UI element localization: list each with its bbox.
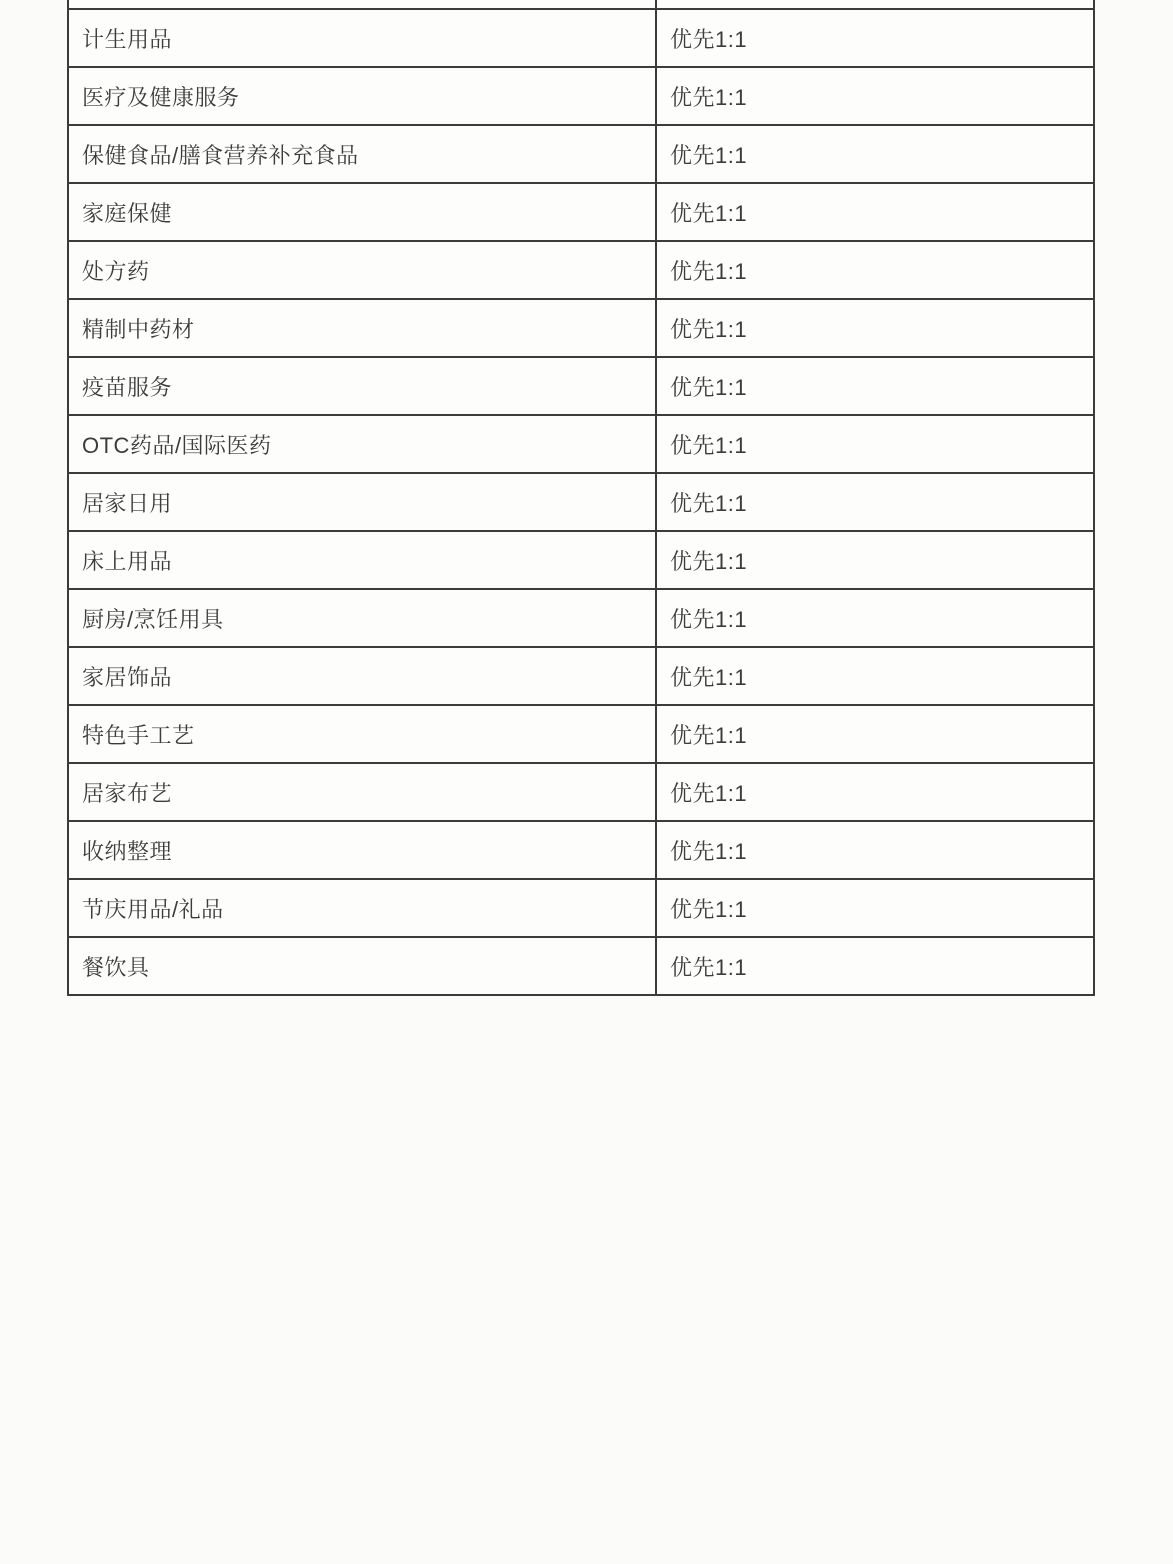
table-row: 精制中药材优先1:1 (68, 299, 1094, 357)
priority-cell: 优先1:1 (656, 357, 1094, 415)
table-row: 床上用品优先1:1 (68, 531, 1094, 589)
table-row: 节庆用品/礼品优先1:1 (68, 879, 1094, 937)
category-cell: 计生用品 (68, 9, 656, 67)
table-row: 居家布艺优先1:1 (68, 763, 1094, 821)
category-cell: 居家日用 (68, 473, 656, 531)
category-cell: 居家布艺 (68, 763, 656, 821)
priority-cell: 优先1:1 (656, 531, 1094, 589)
category-cell: 疫苗服务 (68, 357, 656, 415)
category-cell: 处方药 (68, 241, 656, 299)
priority-cell: 优先1:1 (656, 9, 1094, 67)
table-row: 家庭保健优先1:1 (68, 183, 1094, 241)
category-cell: 节庆用品/礼品 (68, 879, 656, 937)
priority-cell: 优先1:1 (656, 183, 1094, 241)
priority-cell: 优先1:1 (656, 937, 1094, 995)
clipped-row (68, 0, 1094, 9)
table-row: 保健食品/膳食营养补充食品优先1:1 (68, 125, 1094, 183)
table-row: 收纳整理优先1:1 (68, 821, 1094, 879)
priority-cell: 优先1:1 (656, 821, 1094, 879)
priority-cell: 优先1:1 (656, 299, 1094, 357)
category-cell: 特色手工艺 (68, 705, 656, 763)
priority-cell: 优先1:1 (656, 241, 1094, 299)
priority-cell (656, 0, 1094, 9)
category-cell: 厨房/烹饪用具 (68, 589, 656, 647)
priority-cell: 优先1:1 (656, 67, 1094, 125)
priority-cell: 优先1:1 (656, 125, 1094, 183)
table-row: OTC药品/国际医药优先1:1 (68, 415, 1094, 473)
category-cell: 精制中药材 (68, 299, 656, 357)
document-page: 计生用品优先1:1医疗及健康服务优先1:1保健食品/膳食营养补充食品优先1:1家… (0, 0, 1173, 1564)
category-table-body: 计生用品优先1:1医疗及健康服务优先1:1保健食品/膳食营养补充食品优先1:1家… (68, 0, 1094, 995)
category-cell (68, 0, 656, 9)
category-cell: 床上用品 (68, 531, 656, 589)
table-row: 家居饰品优先1:1 (68, 647, 1094, 705)
category-cell: 家庭保健 (68, 183, 656, 241)
category-table: 计生用品优先1:1医疗及健康服务优先1:1保健食品/膳食营养补充食品优先1:1家… (67, 0, 1095, 996)
priority-cell: 优先1:1 (656, 589, 1094, 647)
category-cell: OTC药品/国际医药 (68, 415, 656, 473)
category-cell: 餐饮具 (68, 937, 656, 995)
table-row: 居家日用优先1:1 (68, 473, 1094, 531)
table-row: 特色手工艺优先1:1 (68, 705, 1094, 763)
category-cell: 医疗及健康服务 (68, 67, 656, 125)
priority-cell: 优先1:1 (656, 763, 1094, 821)
table-row: 餐饮具优先1:1 (68, 937, 1094, 995)
priority-cell: 优先1:1 (656, 647, 1094, 705)
category-cell: 家居饰品 (68, 647, 656, 705)
category-priority-table: 计生用品优先1:1医疗及健康服务优先1:1保健食品/膳食营养补充食品优先1:1家… (67, 0, 1093, 996)
table-row: 医疗及健康服务优先1:1 (68, 67, 1094, 125)
category-cell: 收纳整理 (68, 821, 656, 879)
priority-cell: 优先1:1 (656, 705, 1094, 763)
priority-cell: 优先1:1 (656, 473, 1094, 531)
table-row: 处方药优先1:1 (68, 241, 1094, 299)
priority-cell: 优先1:1 (656, 415, 1094, 473)
priority-cell: 优先1:1 (656, 879, 1094, 937)
table-row: 计生用品优先1:1 (68, 9, 1094, 67)
table-row: 厨房/烹饪用具优先1:1 (68, 589, 1094, 647)
category-cell: 保健食品/膳食营养补充食品 (68, 125, 656, 183)
table-row: 疫苗服务优先1:1 (68, 357, 1094, 415)
